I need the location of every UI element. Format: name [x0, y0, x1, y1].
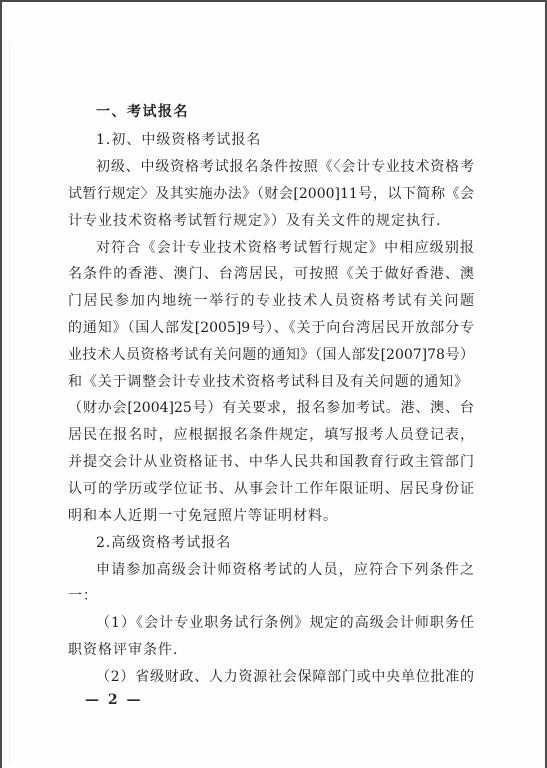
- paragraph-line: 试暂行规定〉及其实施办法》（财会[2000]11号，以下简称《会: [68, 185, 474, 203]
- page-number: — 2 —: [85, 691, 143, 709]
- condition-1-line: 职资格评审条件.: [68, 641, 178, 659]
- subsection-1-title: 1.初、中级资格考试报名: [96, 131, 261, 149]
- subsection-2-title: 2.高级资格考试报名: [96, 534, 231, 552]
- condition-1-line: （1）《会计专业职务试行条例》规定的高级会计师职务任: [96, 614, 474, 632]
- paragraph-line: 申请参加高级会计师资格考试的人员，应符合下列条件之: [96, 561, 474, 579]
- document-page: 一、考试报名 1.初、中级资格考试报名 初级、中级资格考试报名条件按照《〈会计专…: [0, 0, 547, 768]
- paragraph-line: 对符合《会计专业技术资格考试暂行规定》中相应级别报: [96, 239, 474, 257]
- paragraph-line: 认可的学历或学位证书、从事会计工作年限证明、居民身份证: [68, 480, 474, 498]
- scan-artifact: [9, 42, 10, 762]
- paragraph-line: （财办会[2004]25号）有关要求，报名参加考试。港、澳、台: [68, 399, 474, 417]
- paragraph-line: 一：: [68, 587, 98, 605]
- paragraph-line: 名条件的香港、澳门、台湾居民，可按照《关于做好香港、澳: [68, 265, 474, 283]
- condition-2-line: （2）省级财政、人力资源社会保障部门或中央单位批准的: [96, 668, 474, 686]
- paragraph-line: 业技术人员资格考试有关问题的通知》（国人部发[2007]78号）: [68, 346, 474, 364]
- paragraph-line: 居民在报名时，应根据报名条件规定，填写报考人员登记表，: [68, 426, 474, 444]
- paragraph-line: 和《关于调整会计专业技术资格考试科目及有关问题的通知》: [68, 373, 468, 391]
- paragraph-line: 明和本人近期一寸免冠照片等证明材料。: [68, 507, 338, 525]
- paragraph-line: 并提交会计从业资格证书、中华人民共和国教育行政主管部门: [68, 453, 474, 471]
- paragraph-line: 计专业技术资格考试暂行规定》）及有关文件的规定执行.: [68, 212, 441, 230]
- paragraph-line: 的通知》（国人部发[2005]9号）、《关于向台湾居民开放部分专: [68, 319, 474, 337]
- paragraph-line: 门居民参加内地统一举行的专业技术人员资格考试有关问题: [68, 292, 474, 310]
- section-heading: 一、考试报名: [96, 103, 189, 121]
- paragraph-line: 初级、中级资格考试报名条件按照《〈会计专业技术资格考: [96, 158, 474, 176]
